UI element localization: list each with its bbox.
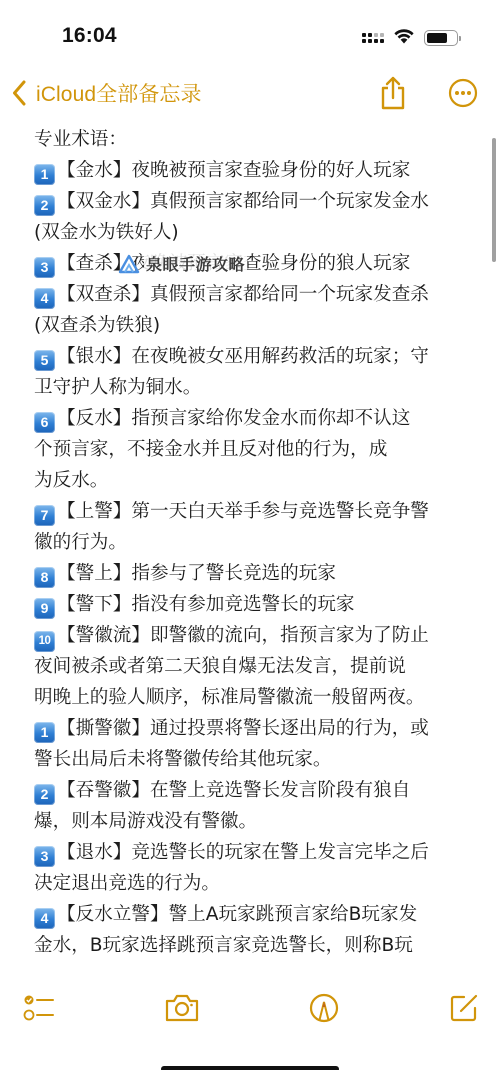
battery-icon	[424, 30, 458, 46]
note-text: 警上A玩家跳预言家给B玩家发	[169, 904, 418, 925]
keycap-number-icon: 5	[34, 350, 55, 371]
term-label: 【反水立警】	[57, 904, 169, 925]
term-label: 【退水】	[57, 842, 131, 863]
term-entry: 6【反水】指预言家给你发金水而你却不认这	[34, 403, 474, 434]
note-text: 为反水。	[34, 470, 108, 491]
note-text: 第一天白天举手参与竞选警长竞争警	[131, 501, 429, 522]
watermark-logo-icon	[118, 253, 140, 275]
note-text: 真假预言家都给同一个玩家发金水	[150, 191, 429, 212]
note-text: 即警徽的流向，指预言家为了防止	[150, 625, 429, 646]
share-icon	[379, 76, 407, 114]
keycap-number-icon: 4	[34, 908, 55, 929]
cellular-signal-icon	[362, 33, 384, 43]
term-label: 【双金水】	[57, 191, 150, 212]
checklist-icon	[23, 993, 57, 1027]
note-text: 在夜晚被女巫用解药救活的玩家；守	[131, 346, 429, 367]
term-label: 【吞警徽】	[57, 780, 150, 801]
chevron-left-icon	[10, 78, 28, 108]
term-entry: 8【警上】指参与了警长竞选的玩家	[34, 558, 474, 589]
note-text: 卫守护人称为铜水。	[34, 377, 201, 398]
continuation-line: (双金水为铁好人)	[34, 217, 474, 248]
term-label: 【金水】	[57, 160, 131, 181]
note-text: 金水，B玩家选择跳预言家竞选警长，则称B玩	[34, 935, 413, 956]
continuation-line: (双查杀为铁狼)	[34, 310, 474, 341]
keycap-number-icon: 1	[34, 164, 55, 185]
checklist-button[interactable]	[20, 990, 60, 1030]
back-button[interactable]: iCloud全部备忘录	[10, 78, 202, 108]
note-text: 决定退出竞选的行为。	[34, 873, 220, 894]
note-text: 徽的行为。	[34, 532, 127, 553]
note-text: (双金水为铁好人)	[34, 222, 179, 243]
term-entry: 5【银水】在夜晚被女巫用解药救活的玩家；守	[34, 341, 474, 372]
note-text: 个预言家，不接金水并且反对他的行为，成	[34, 439, 387, 460]
term-entry: 3【退水】竞选警长的玩家在警上发言完毕之后	[34, 837, 474, 868]
keycap-number-icon: 3	[34, 846, 55, 867]
scrollbar[interactable]	[492, 138, 496, 262]
keycap-number-icon: 6	[34, 412, 55, 433]
continuation-line: 明晚上的验人顺序，标准局警徽流一般留两夜。	[34, 682, 474, 713]
note-text: 爆，则本局游戏没有警徽。	[34, 811, 257, 832]
note-text: 夜间被杀或者第二天狼自爆无法发言，提前说	[34, 656, 406, 677]
continuation-line: 金水，B玩家选择跳预言家竞选警长，则称B玩	[34, 930, 474, 961]
note-text: 通过投票将警长逐出局的行为，或	[150, 718, 429, 739]
note-text: 在警上竞选警长发言阶段有狼自	[150, 780, 410, 801]
back-label: iCloud全部备忘录	[36, 78, 202, 108]
wifi-icon	[393, 28, 415, 48]
term-label: 【撕警徽】	[57, 718, 150, 739]
term-label: 【双查杀】	[57, 284, 150, 305]
note-text: (双查杀为铁狼)	[34, 315, 160, 336]
term-label: 【警下】	[57, 594, 131, 615]
keycap-number-icon: 2	[34, 195, 55, 216]
compose-icon	[449, 993, 479, 1027]
term-entry: 7【上警】第一天白天举手参与竞选警长竞争警	[34, 496, 474, 527]
camera-icon	[164, 993, 200, 1027]
term-label: 【警徽流】	[57, 625, 150, 646]
continuation-line: 徽的行为。	[34, 527, 474, 558]
continuation-line: 个预言家，不接金水并且反对他的行为，成	[34, 434, 474, 465]
term-label: 【上警】	[57, 501, 131, 522]
continuation-line: 警长出局后未将警徽传给其他玩家。	[34, 744, 474, 775]
term-entry: 10【警徽流】即警徽的流向，指预言家为了防止	[34, 620, 474, 651]
term-entry: 3【查杀】夜晚被预言家查验身份的狼人玩家	[34, 248, 474, 279]
markup-pen-icon	[309, 993, 339, 1027]
continuation-line: 决定退出竞选的行为。	[34, 868, 474, 899]
note-text: 指没有参加竞选警长的玩家	[131, 594, 354, 615]
keycap-number-icon: 3	[34, 257, 55, 278]
continuation-line: 为反水。	[34, 465, 474, 496]
more-button[interactable]	[446, 76, 480, 114]
term-entry: 9【警下】指没有参加竞选警长的玩家	[34, 589, 474, 620]
status-time: 16:04	[62, 24, 117, 48]
term-entry: 4【反水立警】警上A玩家跳预言家给B玩家发	[34, 899, 474, 930]
continuation-line: 卫守护人称为铜水。	[34, 372, 474, 403]
keycap-number-icon: 2	[34, 784, 55, 805]
note-body[interactable]: 专业术语： 1【金水】夜晚被预言家查验身份的好人玩家2【双金水】真假预言家都给同…	[34, 124, 474, 961]
status-bar: 16:04	[0, 0, 500, 70]
note-text: 指预言家给你发金水而你却不认这	[131, 408, 410, 429]
note-text: 明晚上的验人顺序，标准局警徽流一般留两夜。	[34, 687, 424, 708]
keycap-number-icon: 9	[34, 598, 55, 619]
watermark-text: 泉眼手游攻略	[144, 252, 247, 275]
ellipsis-circle-icon	[448, 78, 478, 112]
term-label: 【银水】	[57, 346, 131, 367]
bottom-toolbar	[0, 990, 500, 1034]
term-entry: 2【吞警徽】在警上竞选警长发言阶段有狼自	[34, 775, 474, 806]
markup-button[interactable]	[304, 990, 344, 1030]
keycap-number-icon: 1	[34, 722, 55, 743]
term-label: 【警上】	[57, 563, 131, 584]
term-label: 【反水】	[57, 408, 131, 429]
status-icons	[362, 28, 458, 48]
term-entry: 4【双查杀】真假预言家都给同一个玩家发查杀	[34, 279, 474, 310]
continuation-line: 夜间被杀或者第二天狼自爆无法发言，提前说	[34, 651, 474, 682]
keycap-number-icon: 8	[34, 567, 55, 588]
share-button[interactable]	[376, 76, 410, 114]
note-heading: 专业术语：	[34, 124, 474, 155]
note-text: 夜晚被预言家查验身份的好人玩家	[131, 160, 410, 181]
keycap-number-icon: 4	[34, 288, 55, 309]
watermark: 泉眼手游攻略	[118, 252, 247, 275]
keycap-number-icon: 10	[34, 631, 55, 652]
note-text: 竞选警长的玩家在警上发言完毕之后	[131, 842, 429, 863]
note-text: 指参与了警长竞选的玩家	[131, 563, 336, 584]
nav-bar: iCloud全部备忘录	[0, 74, 500, 120]
continuation-line: 爆，则本局游戏没有警徽。	[34, 806, 474, 837]
note-text: 真假预言家都给同一个玩家发查杀	[150, 284, 429, 305]
term-entry: 2【双金水】真假预言家都给同一个玩家发金水	[34, 186, 474, 217]
compose-button[interactable]	[444, 990, 484, 1030]
note-lines: 1【金水】夜晚被预言家查验身份的好人玩家2【双金水】真假预言家都给同一个玩家发金…	[34, 155, 474, 961]
term-entry: 1【金水】夜晚被预言家查验身份的好人玩家	[34, 155, 474, 186]
home-indicator[interactable]	[161, 1066, 339, 1070]
term-entry: 1【撕警徽】通过投票将警长逐出局的行为，或	[34, 713, 474, 744]
camera-button[interactable]	[162, 990, 202, 1030]
note-text: 警长出局后未将警徽传给其他玩家。	[34, 749, 332, 770]
keycap-number-icon: 7	[34, 505, 55, 526]
